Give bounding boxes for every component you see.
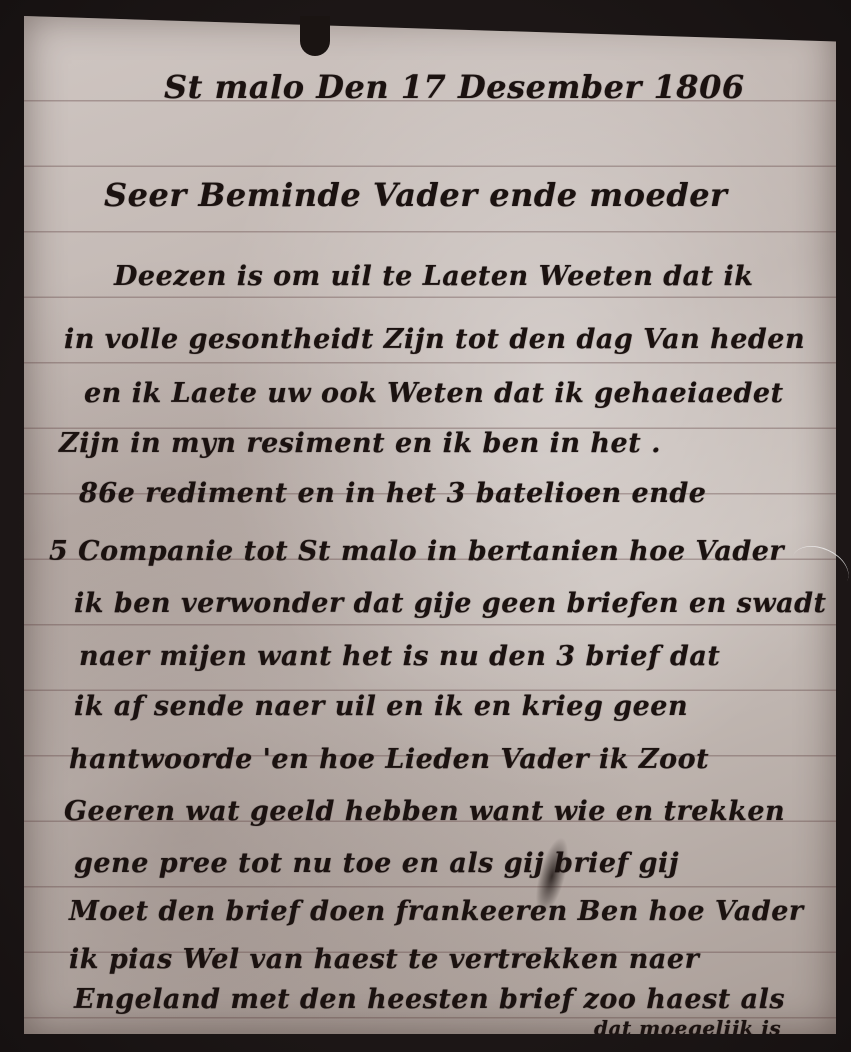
place-date-heading: St malo Den 17 Desember 1806	[164, 68, 851, 106]
body-line-15: Engeland met den heesten brief zoo haest…	[74, 984, 851, 1015]
body-line-7: ik ben verwonder dat gije geen briefen e…	[74, 588, 851, 619]
body-line-8: naer mijen want het is nu den 3 brief da…	[79, 641, 851, 672]
body-line-6: 5 Companie tot St malo in bertanien hoe …	[49, 536, 851, 567]
body-line-9: ik af sende naer uil en ik en krieg geen	[74, 691, 851, 722]
letter-page: St malo Den 17 Desember 1806 Seer Bemind…	[24, 16, 836, 1034]
body-line-3: en ik Laete uw ook Weten dat ik gehaeiae…	[84, 378, 851, 409]
body-line-14: ik pias Wel van haest te vertrekken naer	[69, 944, 851, 975]
ruled-lines	[24, 16, 836, 1034]
body-line-4: Zijn in myn resiment en ik ben in het .	[59, 428, 851, 459]
body-line-12: gene pree tot nu toe en als gij brief gi…	[74, 848, 851, 879]
pin-hole	[300, 16, 330, 56]
salutation: Seer Beminde Vader ende moeder	[104, 176, 851, 214]
body-line-1: Deezen is om uil te Laeten Weeten dat ik	[114, 261, 851, 292]
body-line-11: Geeren wat geeld hebben want wie en trek…	[64, 796, 851, 827]
body-line-2: in volle gesontheidt Zijn tot den dag Va…	[64, 324, 851, 355]
body-line-10: hantwoorde 'en hoe Lieden Vader ik Zoot	[69, 744, 851, 775]
body-line-5: 86e rediment en in het 3 batelioen ende	[79, 478, 851, 509]
body-line-13: Moet den brief doen frankeeren Ben hoe V…	[69, 896, 851, 927]
